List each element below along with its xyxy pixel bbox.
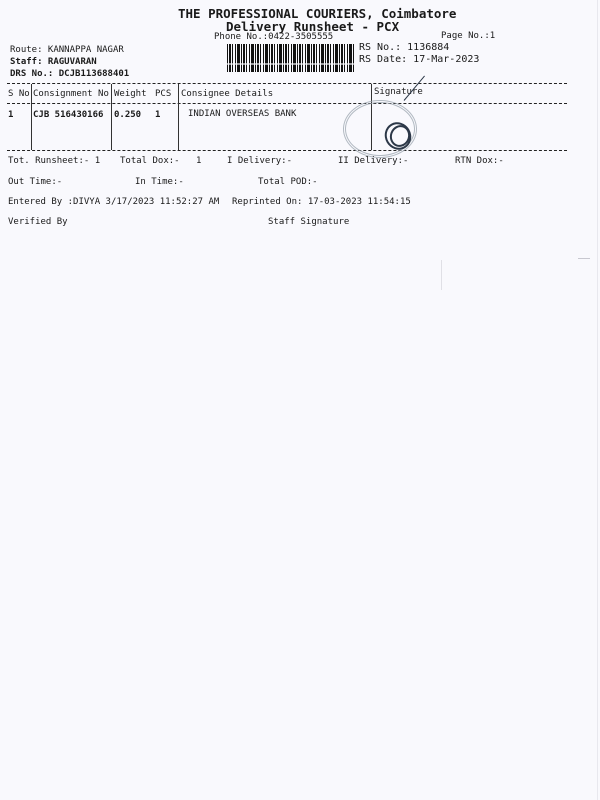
- verified-by: Verified By: [8, 217, 68, 227]
- route-label: Route: KANNAPPA NAGAR: [10, 45, 124, 55]
- reprinted-on: Reprinted On: 17-03-2023 11:54:15: [232, 197, 411, 207]
- table-header-divider: [7, 103, 567, 104]
- total-dox-value: 1: [196, 156, 201, 166]
- row-sno: 1: [8, 110, 13, 120]
- column-header-weight: Weight: [114, 89, 147, 99]
- column-divider: [178, 84, 179, 150]
- rs-date: RS Date: 17-Mar-2023: [359, 54, 479, 65]
- first-delivery: I Delivery:-: [227, 156, 292, 166]
- column-divider: [111, 84, 112, 150]
- page-number: Page No.:1: [441, 31, 495, 41]
- column-header-sno: S No: [8, 89, 30, 99]
- barcode-icon: [227, 44, 355, 72]
- phone-number: Phone No.:0422-3505555: [214, 32, 333, 42]
- column-header-consignee: Consignee Details: [181, 89, 273, 99]
- out-time: Out Time:-: [8, 177, 62, 187]
- rs-number: RS No.: 1136884: [359, 42, 449, 53]
- row-weight: 0.250: [114, 110, 141, 120]
- table-bottom-divider: [7, 150, 567, 151]
- total-pod: Total POD:-: [258, 177, 318, 187]
- row-consignee: INDIAN OVERSEAS BANK: [188, 109, 296, 119]
- scan-artifact: [441, 260, 442, 290]
- row-consignment-no: CJB 516430166: [33, 110, 103, 120]
- column-divider: [31, 84, 32, 150]
- staff-signature: Staff Signature: [268, 217, 349, 227]
- staff-label: Staff: RAGUVARAN: [10, 57, 97, 67]
- scan-artifact: [578, 258, 590, 259]
- total-dox-label: Total Dox:-: [120, 156, 180, 166]
- column-header-signature: Signature: [374, 87, 423, 97]
- return-dox: RTN Dox:-: [455, 156, 504, 166]
- drs-number: DRS No.: DCJB113688401: [10, 69, 129, 79]
- in-time: In Time:-: [135, 177, 184, 187]
- column-header-pcs: PCS: [155, 89, 171, 99]
- total-runsheet: Tot. Runsheet:- 1: [8, 156, 100, 166]
- column-header-consignment: Consignment No: [33, 89, 109, 99]
- second-delivery: II Delivery:-: [338, 156, 408, 166]
- scan-edge: [597, 0, 598, 800]
- table-top-divider: [7, 83, 567, 84]
- entered-by: Entered By :DIVYA 3/17/2023 11:52:27 AM: [8, 197, 219, 207]
- row-pcs: 1: [155, 110, 160, 120]
